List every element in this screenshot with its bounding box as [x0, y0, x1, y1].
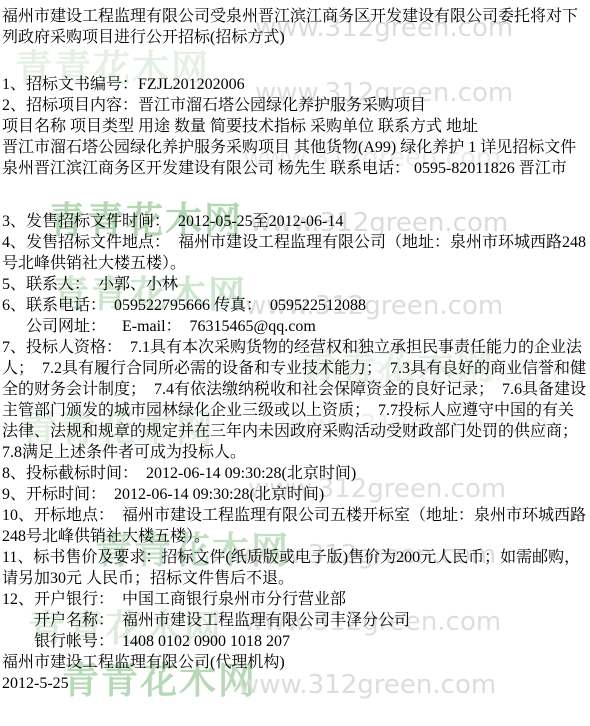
item-8-bid-deadline: 8、投标截标时间： 2012-06-14 09:30:28(北京时间) [2, 463, 588, 484]
item-10-bid-opening-location: 10、开标地点： 福州市建设工程监理有限公司五楼开标室（地址：泉州市环城西路24… [2, 505, 588, 547]
announcement-date: 2012-5-25 [2, 673, 588, 694]
item-7-bidder-qualifications: 7、投标人资格： 7.1具有本次采购货物的经营权和独立承担民事责任能力的企业法人… [2, 337, 588, 463]
item-6-contact-phone-fax: 6、联系电话： 059522795666 传真： 059522512088 [2, 295, 588, 316]
project-table-header: 项目名称 项目类型 用途 数量 简要技术指标 采购单位 联系方式 地址 [2, 116, 588, 137]
item-1-tender-document-number: 1、招标文书编号：FZJL201202006 [2, 74, 588, 95]
item-5-contacts: 5、联系人： 小郭、小林 [2, 274, 588, 295]
item-3-document-sale-time: 3、发售招标文件时间： 2012-05-25至2012-06-14 [2, 211, 588, 232]
bank-account-number: 银行帐号： 1408 0102 0900 1018 207 [2, 631, 588, 652]
intro-paragraph: 福州市建设工程监理有限公司受泉州晋江滨江商务区开发建设有限公司委托将对下列政府采… [2, 6, 588, 48]
project-table-row: 晋江市溜石塔公园绿化养护服务采购项目 其他货物(A99) 绿化养护 1 详见招标… [2, 137, 588, 179]
agency-signature: 福州市建设工程监理有限公司(代理机构) [2, 652, 588, 673]
item-4-document-sale-location: 4、发售招标文件地点： 福州市建设工程监理有限公司（地址：泉州市环城西路248号… [2, 232, 588, 274]
item-12-deposit-bank: 12、开户银行： 中国工商银行泉州市分行营业部 [2, 589, 588, 610]
document-body: 福州市建设工程监理有限公司受泉州晋江滨江商务区开发建设有限公司委托将对下列政府采… [0, 0, 590, 694]
item-2-tender-project-content: 2、招标项目内容：晋江市溜石塔公园绿化养护服务采购项目 [2, 95, 588, 116]
company-website-email: 公司网址： E-mail： 76315465@qq.com [2, 316, 588, 337]
item-11-document-price: 11、标书售价及要求：招标文件(纸质版或电子版)售价为200元人民币；如需邮购，… [2, 547, 588, 589]
bank-account-name: 开户名称： 福州市建设工程监理有限公司丰泽分公司 [2, 610, 588, 631]
item-9-bid-opening-time: 9、开标时间： 2012-06-14 09:30:28(北京时间) [2, 484, 588, 505]
procurement-announcement-page: 青青花木网青青花木网青青花木网青青花木网青青花木网青青花木网青青花木网青青花木网… [0, 0, 590, 726]
